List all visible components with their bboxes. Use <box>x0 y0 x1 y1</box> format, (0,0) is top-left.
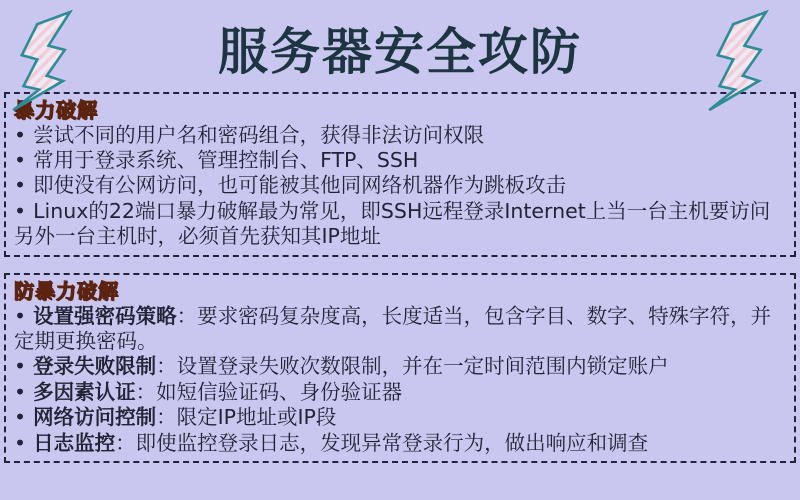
item-text: ：限定IP地址或IP段 <box>156 405 336 429</box>
bullet-item: •Linux的22端口暴力破解最为常见，即SSH远程登录Internet上当一台… <box>14 199 786 250</box>
item-text: ：设置登录失败次数限制，并在一定时间范围内锁定账户 <box>156 354 669 378</box>
section-heading: 防暴力破解 <box>14 278 786 304</box>
item-label: 日志监控 <box>33 431 115 455</box>
item-label: 网络访问控制 <box>33 405 156 429</box>
section-heading: 暴力破解 <box>14 97 786 123</box>
bullet-marker: • <box>14 123 26 147</box>
bullet-item: •登录失败限制：设置登录失败次数限制，并在一定时间范围内锁定账户 <box>14 354 786 379</box>
lightning-bolt-icon <box>704 6 790 118</box>
bullet-marker: • <box>14 304 26 328</box>
section-brute-force: 暴力破解 •尝试不同的用户名和密码组合，获得非法访问权限 •常用于登录系统、管理… <box>4 92 796 257</box>
infographic-page: 服务器安全攻防 暴力破解 •尝试不同的用户名和密码组合，获得非法访问权限 •常用… <box>0 0 800 500</box>
bullet-marker: • <box>14 173 26 197</box>
bullet-item: •网络访问控制：限定IP地址或IP段 <box>14 405 786 430</box>
item-text: 即使没有公网访问，也可能被其他同网络机器作为跳板攻击 <box>33 173 566 197</box>
bullet-item: •常用于登录系统、管理控制台、FTP、SSH <box>14 148 786 173</box>
bullet-marker: • <box>14 380 26 404</box>
section-brute-force-prevention: 防暴力破解 •设置强密码策略：要求密码复杂度高，长度适当，包含字目、数字、特殊字… <box>4 273 796 463</box>
bullet-item: •日志监控：即使监控登录日志，发现异常登录行为，做出响应和调查 <box>14 431 786 456</box>
bullet-marker: • <box>14 199 26 223</box>
bullet-item: •设置强密码策略：要求密码复杂度高，长度适当，包含字目、数字、特殊字符，并定期更… <box>14 304 786 355</box>
item-label: 多因素认证 <box>33 380 136 404</box>
bullet-item: •即使没有公网访问，也可能被其他同网络机器作为跳板攻击 <box>14 173 786 198</box>
page-title: 服务器安全攻防 <box>0 0 800 82</box>
item-text: ：如短信验证码、身份验证器 <box>136 380 403 404</box>
item-label: 设置强密码策略 <box>33 304 177 328</box>
lightning-bolt-icon <box>8 6 94 118</box>
item-text: 尝试不同的用户名和密码组合，获得非法访问权限 <box>33 123 484 147</box>
bullet-marker: • <box>14 354 26 378</box>
item-text: 常用于登录系统、管理控制台、FTP、SSH <box>33 148 418 172</box>
bullet-item: •尝试不同的用户名和密码组合，获得非法访问权限 <box>14 123 786 148</box>
bullet-marker: • <box>14 148 26 172</box>
item-text: Linux的22端口暴力破解最为常见，即SSH远程登录Internet上当一台主… <box>14 199 770 248</box>
bullet-marker: • <box>14 431 26 455</box>
bullet-marker: • <box>14 405 26 429</box>
bullet-item: •多因素认证：如短信验证码、身份验证器 <box>14 380 786 405</box>
item-text: ：即使监控登录日志，发现异常登录行为，做出响应和调查 <box>115 431 648 455</box>
item-label: 登录失败限制 <box>33 354 156 378</box>
